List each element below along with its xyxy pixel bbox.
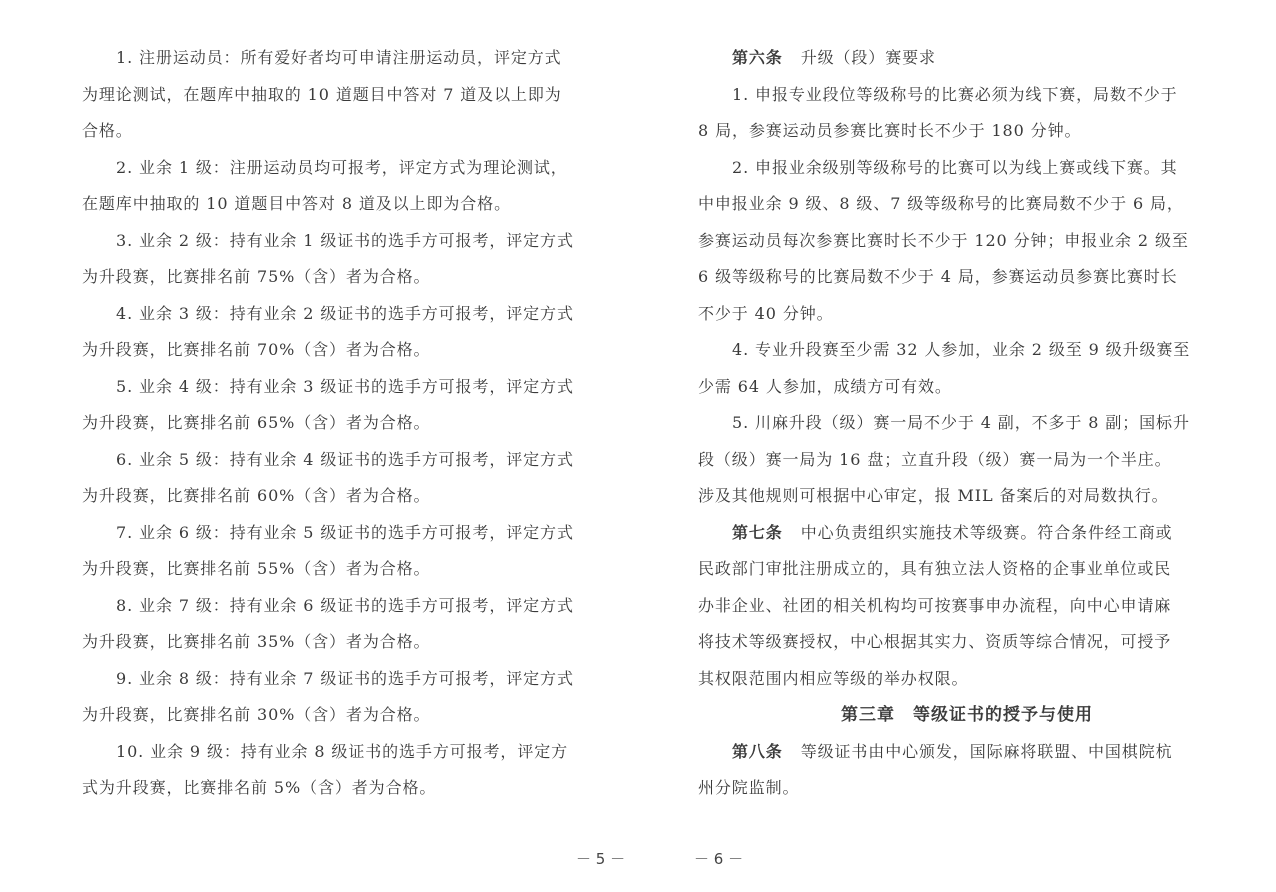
- text-line: 段（级）赛一局为 16 盘；立直升段（级）赛一局为一个半庄。: [698, 442, 1236, 479]
- text-line: 为升段赛，比赛排名前 35%（含）者为合格。: [82, 624, 618, 661]
- article-8-first-line: 等级证书由中心颁发，国际麻将联盟、中国棋院杭: [801, 742, 1173, 761]
- text-line: 4. 业余 3 级：持有业余 2 级证书的选手方可报考，评定方式: [82, 296, 618, 333]
- text-line: 不少于 40 分钟。: [698, 296, 1236, 333]
- text-line: 式为升段赛，比赛排名前 5%（含）者为合格。: [82, 770, 618, 807]
- chapter-title: 第三章 等级证书的授予与使用: [698, 697, 1236, 734]
- text-line: 涉及其他规则可根据中心审定，报 MIL 备案后的对局数执行。: [698, 478, 1236, 515]
- text-line: 参赛运动员每次参赛比赛时长不少于 120 分钟；申报业余 2 级至: [698, 223, 1236, 260]
- text-line: 5. 川麻升段（级）赛一局不少于 4 副，不多于 8 副；国标升: [698, 405, 1236, 442]
- text-line: 将技术等级赛授权，中心根据其实力、资质等综合情况，可授予: [698, 624, 1236, 661]
- page-number-right: － 6 －: [694, 848, 743, 869]
- article-7-heading: 第七条中心负责组织实施技术等级赛。符合条件经工商或: [698, 515, 1236, 552]
- text-line: 8 局，参赛运动员参赛比赛时长不少于 180 分钟。: [698, 113, 1236, 150]
- article-6-title: 升级（段）赛要求: [801, 48, 936, 67]
- text-line: 办非企业、社团的相关机构均可按赛事申办流程，向中心申请麻: [698, 588, 1236, 625]
- text-line: 1. 注册运动员：所有爱好者均可申请注册运动员，评定方式: [82, 40, 618, 77]
- text-line: 9. 业余 8 级：持有业余 7 级证书的选手方可报考，评定方式: [82, 661, 618, 698]
- text-line: 4. 专业升段赛至少需 32 人参加，业余 2 级至 9 级升级赛至: [698, 332, 1236, 369]
- article-8-label: 第八条: [732, 742, 783, 761]
- page-number-left: － 5 －: [576, 848, 625, 869]
- text-line: 3. 业余 2 级：持有业余 1 级证书的选手方可报考，评定方式: [82, 223, 618, 260]
- text-line: 在题库中抽取的 10 道题目中答对 8 道及以上即为合格。: [82, 186, 618, 223]
- article-6-body: 1. 申报专业段位等级称号的比赛必须为线下赛，局数不少于8 局，参赛运动员参赛比…: [698, 77, 1236, 515]
- text-line: 中申报业余 9 级、8 级、7 级等级称号的比赛局数不少于 6 局，: [698, 186, 1236, 223]
- text-line: 为升段赛，比赛排名前 75%（含）者为合格。: [82, 259, 618, 296]
- left-page-body: 1. 注册运动员：所有爱好者均可申请注册运动员，评定方式为理论测试，在题库中抽取…: [82, 40, 618, 807]
- text-line: 为升段赛，比赛排名前 65%（含）者为合格。: [82, 405, 618, 442]
- article-7-label: 第七条: [732, 523, 783, 542]
- article-6-label: 第六条: [732, 48, 783, 67]
- article-7-body: 民政部门审批注册成立的，具有独立法人资格的企事业单位或民办非企业、社团的相关机构…: [698, 551, 1236, 697]
- text-line: 为升段赛，比赛排名前 60%（含）者为合格。: [82, 478, 618, 515]
- text-line: 10. 业余 9 级：持有业余 8 级证书的选手方可报考，评定方: [82, 734, 618, 771]
- article-6-heading: 第六条升级（段）赛要求: [698, 40, 1236, 77]
- text-line: 2. 申报业余级别等级称号的比赛可以为线上赛或线下赛。其: [698, 150, 1236, 187]
- text-line: 为升段赛，比赛排名前 55%（含）者为合格。: [82, 551, 618, 588]
- text-line: 其权限范围内相应等级的举办权限。: [698, 661, 1236, 698]
- article-8-heading: 第八条等级证书由中心颁发，国际麻将联盟、中国棋院杭: [698, 734, 1236, 771]
- text-line: 为升段赛，比赛排名前 70%（含）者为合格。: [82, 332, 618, 369]
- left-page: 1. 注册运动员：所有爱好者均可申请注册运动员，评定方式为理论测试，在题库中抽取…: [82, 40, 618, 807]
- text-line: 民政部门审批注册成立的，具有独立法人资格的企事业单位或民: [698, 551, 1236, 588]
- text-line: 2. 业余 1 级：注册运动员均可报考，评定方式为理论测试，: [82, 150, 618, 187]
- text-line: 5. 业余 4 级：持有业余 3 级证书的选手方可报考，评定方式: [82, 369, 618, 406]
- text-line: 合格。: [82, 113, 618, 150]
- text-line: 为升段赛，比赛排名前 30%（含）者为合格。: [82, 697, 618, 734]
- right-page: 第六条升级（段）赛要求 1. 申报专业段位等级称号的比赛必须为线下赛，局数不少于…: [698, 40, 1236, 807]
- text-line: 为理论测试，在题库中抽取的 10 道题目中答对 7 道及以上即为: [82, 77, 618, 114]
- article-7-first-line: 中心负责组织实施技术等级赛。符合条件经工商或: [801, 523, 1173, 542]
- text-line: 6. 业余 5 级：持有业余 4 级证书的选手方可报考，评定方式: [82, 442, 618, 479]
- text-line: 6 级等级称号的比赛局数不少于 4 局，参赛运动员参赛比赛时长: [698, 259, 1236, 296]
- article-8-continuation: 州分院监制。: [698, 770, 1236, 807]
- text-line: 少需 64 人参加，成绩方可有效。: [698, 369, 1236, 406]
- text-line: 8. 业余 7 级：持有业余 6 级证书的选手方可报考，评定方式: [82, 588, 618, 625]
- text-line: 1. 申报专业段位等级称号的比赛必须为线下赛，局数不少于: [698, 77, 1236, 114]
- text-line: 7. 业余 6 级：持有业余 5 级证书的选手方可报考，评定方式: [82, 515, 618, 552]
